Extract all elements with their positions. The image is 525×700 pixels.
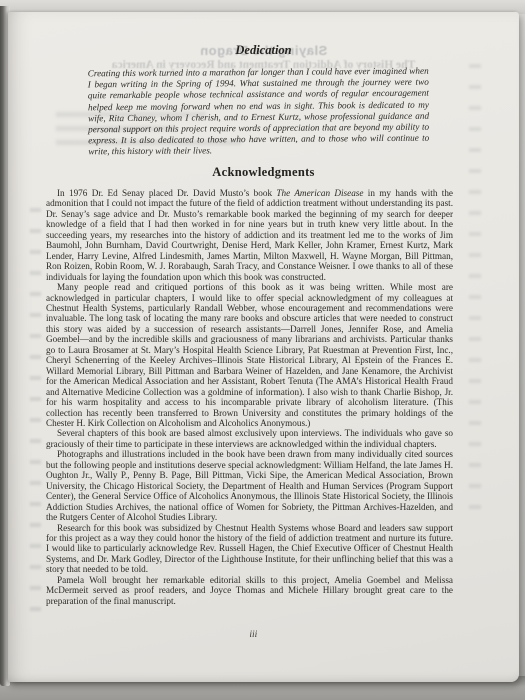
acknowledgments-heading: Acknowledgments [8,165,519,180]
bleed-through-margin-marks [30,208,41,628]
acknowledgments-paragraph-3: Several chapters of this book are based … [46,428,453,449]
bleed-through-margin-marks [469,64,481,514]
acknowledgments-paragraph-6: Pamela Woll brought her remarkable edito… [46,575,453,606]
book-title-italic: The American Disease [276,188,363,198]
scanned-book-page-photo: Slaying the Dragon The History of Addict… [0,0,525,700]
paragraph-text: In 1976 Dr. Ed Senay placed Dr. David Mu… [57,188,276,198]
dedication-heading: Dedication [8,43,519,58]
page-number: iii [8,630,499,640]
book-page: Slaying the Dragon The History of Addict… [8,12,519,682]
acknowledgments-body: In 1976 Dr. Ed Senay placed Dr. David Mu… [46,188,453,606]
acknowledgments-paragraph-1: In 1976 Dr. Ed Senay placed Dr. David Mu… [46,188,453,282]
acknowledgments-paragraph-4: Photographs and illustrations included i… [46,449,453,522]
acknowledgments-paragraph-5: Research for this book was subsidized by… [46,523,453,575]
paragraph-text: in my hands with the admonition that I c… [46,188,453,282]
acknowledgments-paragraph-2: Many people read and critiqued portions … [46,282,453,428]
dedication-text: Creating this work turned into a maratho… [88,66,430,158]
